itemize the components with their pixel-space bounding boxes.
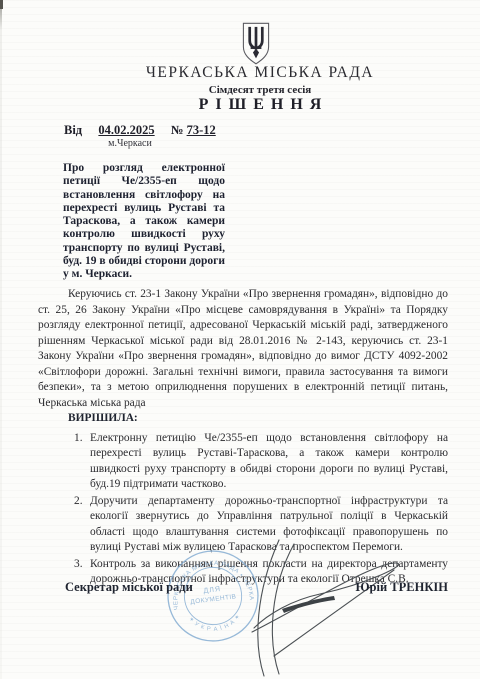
scan-edge-shadow (0, 0, 2, 679)
doc-meta-line: Від 04.02.2025 № 73-12 (64, 123, 216, 138)
number-sign-label: № (171, 123, 184, 137)
signoff-row: Секретар міської ради Юрій ТРЕНКІН (65, 580, 448, 595)
document-page: ЧЕРКАСЬКА МІСЬКА РАДА Сімдесят третя сес… (0, 0, 480, 679)
signoff-name: Юрій ТРЕНКІН (355, 580, 448, 595)
council-name: ЧЕРКАСЬКА МІСЬКА РАДА (40, 64, 480, 82)
doc-city: м.Черкаси (64, 138, 196, 149)
doc-date: 04.02.2025 (98, 123, 154, 137)
resolution-item: Електронну петицію Че/2355-еп щодо встан… (38, 431, 448, 493)
resolved-label: ВИРІШИЛА: (38, 411, 448, 427)
document-type-title: РІШЕННЯ (40, 96, 480, 114)
coat-of-arms-icon (238, 21, 274, 67)
handwritten-signature (224, 534, 420, 679)
doc-subject: Про розгляд електронної петиції Че/2355-… (63, 162, 225, 282)
scan-corner-artifact (0, 0, 3, 9)
doc-number: 73-12 (187, 123, 216, 137)
session-title: Сімдесят третя сесія (40, 84, 480, 96)
signoff-title: Секретар міської ради (65, 580, 193, 595)
preamble-paragraph: Керуючись ст. 23-1 Закону України «Про з… (38, 287, 448, 411)
date-prefix-label: Від (64, 123, 82, 137)
